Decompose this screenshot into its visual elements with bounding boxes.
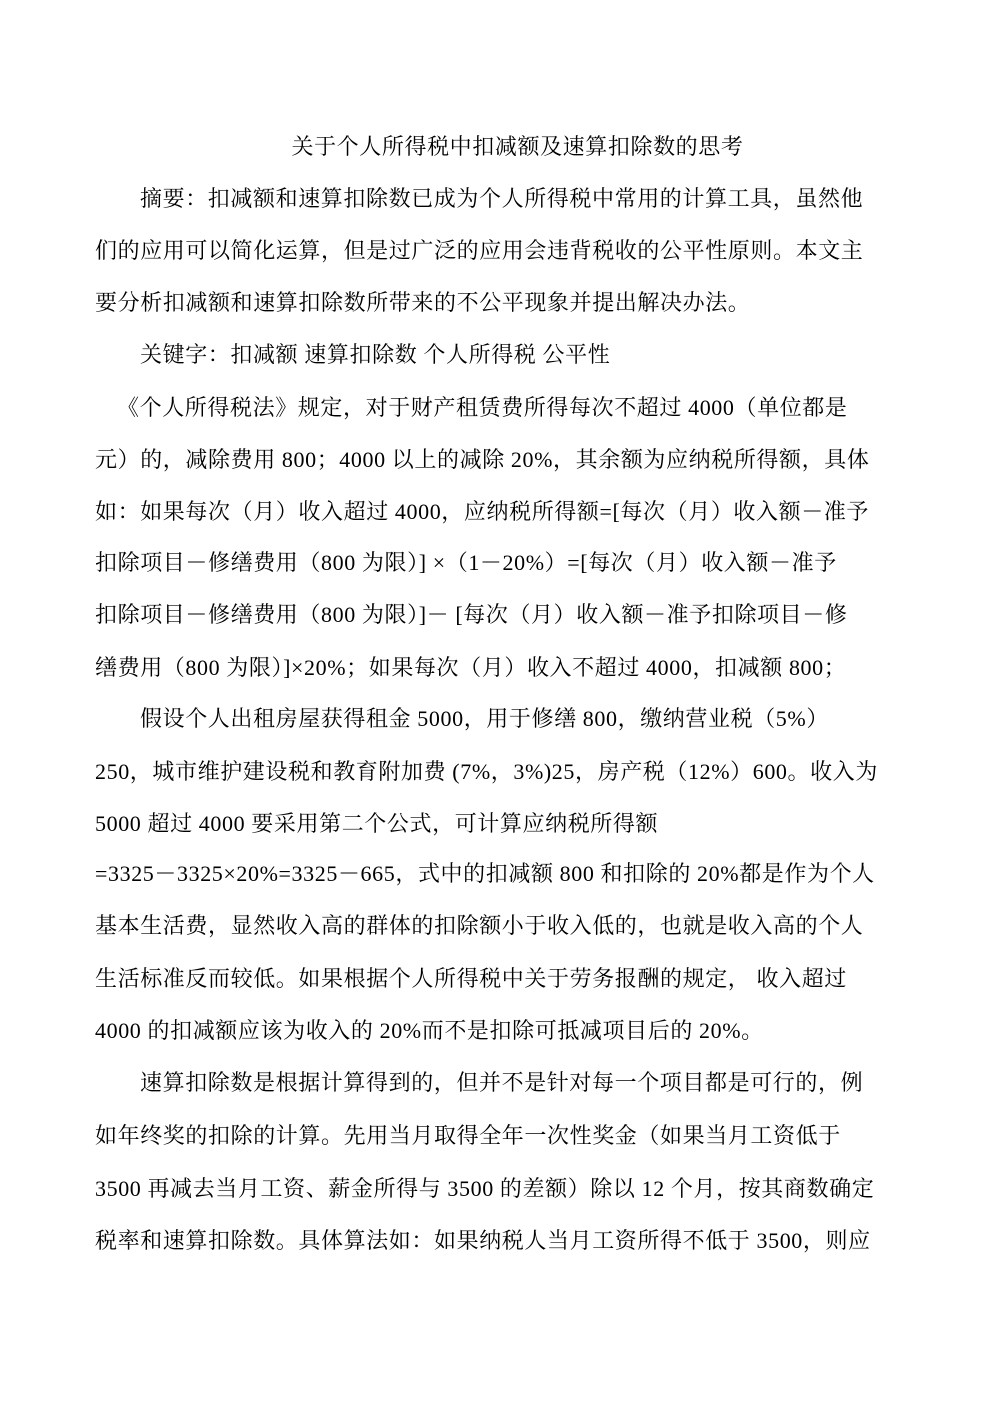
paragraph-line: 250，城市维护建设税和教育附加费 (7%，3%)25，房产税（12%）600。… [95, 757, 878, 787]
keywords-line: 关键字：扣减额 速算扣除数 个人所得税 公平性 [140, 340, 610, 370]
paragraph-line: 税率和速算扣除数。具体算法如：如果纳税人当月工资所得不低于 3500，则应 [95, 1226, 871, 1256]
paragraph-line: 如年终奖的扣除的计算。先用当月取得全年一次性奖金（如果当月工资低于 [95, 1121, 841, 1151]
paragraph-line: 速算扣除数是根据计算得到的，但并不是针对每一个项目都是可行的，例 [140, 1068, 863, 1098]
paragraph-line: 缮费用（800 为限）]×20%；如果每次（月）收入不超过 4000，扣减额 8… [95, 653, 846, 683]
paragraph-line: 扣除项目－修缮费用（800 为限）]－ [每次（月）收入额－准予扣除项目－修 [95, 600, 847, 630]
paragraph-line: 假设个人出租房屋获得租金 5000，用于修缮 800，缴纳营业税（5%） [140, 704, 829, 734]
paragraph-line: 4000 的扣减额应该为收入的 20%而不是扣除可抵减项目后的 20%。 [95, 1016, 764, 1046]
paragraph-line: 生活标准反而较低。如果根据个人所得税中关于劳务报酬的规定， 收入超过 [95, 964, 847, 994]
abstract-line: 们的应用可以简化运算，但是过广泛的应用会违背税收的公平性原则。本文主 [95, 236, 863, 266]
paragraph-line: 基本生活费，显然收入高的群体的扣除额小于收入低的，也就是收入高的个人 [95, 911, 863, 941]
paragraph-line: 《个人所得税法》规定，对于财产租赁费所得每次不超过 4000（单位都是 [117, 393, 848, 423]
paragraph-line: 元）的，减除费用 800；4000 以上的减除 20%，其余额为应纳税所得额，具… [95, 445, 869, 475]
paragraph-line: 如：如果每次（月）收入超过 4000，应纳税所得额=[每次（月）收入额－准予 [95, 497, 869, 527]
abstract-line: 要分析扣减额和速算扣除数所带来的不公平现象并提出解决办法。 [95, 288, 750, 318]
document-page: 关于个人所得税中扣减额及速算扣除数的思考 摘要：扣减额和速算扣除数已成为个人所得… [0, 0, 993, 1404]
paragraph-line: =3325－3325×20%=3325－665，式中的扣减额 800 和扣除的 … [95, 859, 875, 889]
abstract-line: 摘要：扣减额和速算扣除数已成为个人所得税中常用的计算工具，虽然他 [140, 184, 863, 214]
document-title: 关于个人所得税中扣减额及速算扣除数的思考 [0, 132, 993, 162]
paragraph-line: 3500 再减去当月工资、薪金所得与 3500 的差额）除以 12 个月，按其商… [95, 1174, 874, 1204]
paragraph-line: 扣除项目－修缮费用（800 为限）] ×（1－20%）=[每次（月）收入额－准予 [95, 548, 837, 578]
paragraph-line: 5000 超过 4000 要采用第二个公式，可计算应纳税所得额 [95, 809, 658, 839]
